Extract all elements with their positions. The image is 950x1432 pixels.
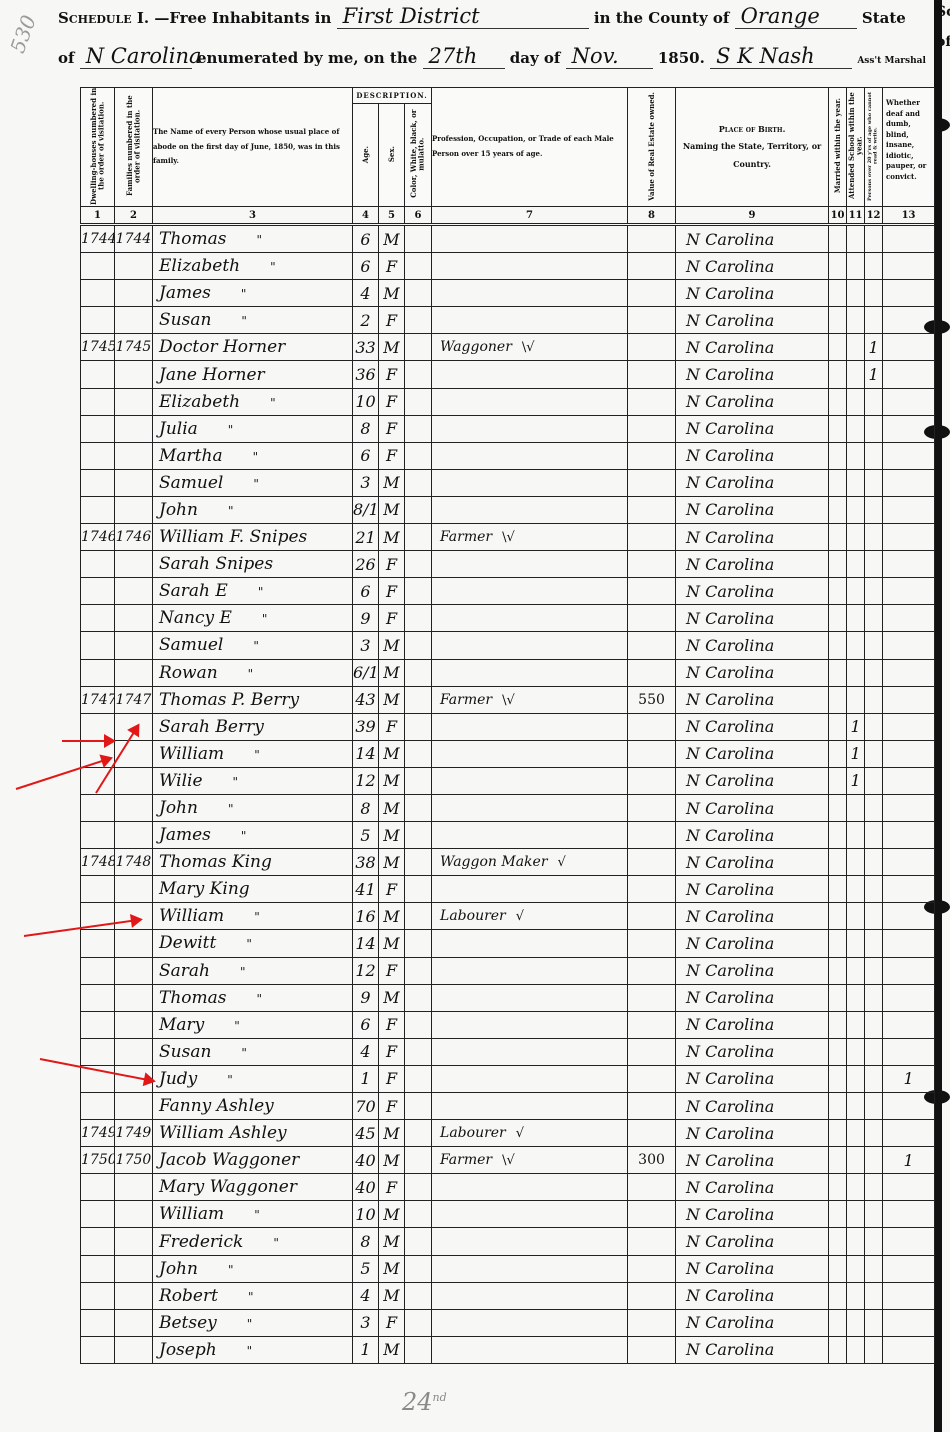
person-age: 16 <box>353 903 379 930</box>
married-mark <box>829 1309 847 1336</box>
school-mark <box>847 822 865 849</box>
person-sex: F <box>379 388 405 415</box>
person-sex: M <box>379 632 405 659</box>
day-field: 27th <box>423 44 505 69</box>
person-name: Thomas King <box>153 849 353 876</box>
census-row: 22John"8MN Carolina <box>81 794 935 821</box>
dwelling-value: 1750 <box>81 1152 115 1168</box>
column-number: 5 <box>379 207 405 225</box>
illiterate-mark <box>865 524 883 551</box>
ditto-mark: " <box>257 992 263 1006</box>
disability-mark <box>883 1255 935 1282</box>
married-mark <box>829 415 847 442</box>
column-number: 12 <box>865 207 883 225</box>
family-number <box>115 605 153 632</box>
disability-mark <box>883 632 935 659</box>
school-mark <box>847 551 865 578</box>
name-text: Sarah E <box>159 581 228 601</box>
illiterate-mark <box>865 1011 883 1038</box>
place-of-birth: N Carolina <box>676 740 829 767</box>
column-number: 10 <box>829 207 847 225</box>
person-name: Sarah" <box>153 957 353 984</box>
school-mark <box>847 280 865 307</box>
person-occupation <box>432 794 628 821</box>
person-sex: M <box>379 1147 405 1174</box>
census-row: 17Rowan"6/12MN Carolina <box>81 659 935 686</box>
name-text: Betsey <box>159 1313 217 1333</box>
person-color <box>405 1011 432 1038</box>
census-row: 31Susan"4FN Carolina <box>81 1038 935 1065</box>
illiterate-mark <box>865 1147 883 1174</box>
place-of-birth: N Carolina <box>676 388 829 415</box>
red-arrow-icon <box>62 740 114 742</box>
illiterate-mark <box>865 1309 883 1336</box>
person-occupation <box>432 1065 628 1092</box>
person-color <box>405 1093 432 1120</box>
illiterate-mark <box>865 1093 883 1120</box>
family-number <box>115 388 153 415</box>
place-of-birth: N Carolina <box>676 1228 829 1255</box>
person-color <box>405 496 432 523</box>
person-occupation: Farmer\√ <box>432 686 628 713</box>
ditto-mark: " <box>241 287 247 301</box>
place-of-birth: N Carolina <box>676 551 829 578</box>
married-mark <box>829 659 847 686</box>
real-estate-value <box>628 1120 676 1147</box>
school-mark <box>847 469 865 496</box>
col-header-disability: Whether deaf and dumb, blind, insane, id… <box>883 88 935 207</box>
disability-mark <box>883 469 935 496</box>
married-mark <box>829 280 847 307</box>
name-text: Elizabeth <box>159 392 240 412</box>
person-name: Mary" <box>153 1011 353 1038</box>
ditto-mark: " <box>258 585 264 599</box>
disability-mark <box>883 442 935 469</box>
person-name: Betsey" <box>153 1309 353 1336</box>
school-mark <box>847 1011 865 1038</box>
person-age: 10 <box>353 1201 379 1228</box>
person-name: Elizabeth" <box>153 253 353 280</box>
name-text: Sarah Snipes <box>159 554 273 574</box>
person-color <box>405 551 432 578</box>
family-number: 1746 <box>115 524 153 551</box>
col-header-age: Age. <box>353 104 379 207</box>
illiterate-mark <box>865 496 883 523</box>
married-mark <box>829 767 847 794</box>
disability-mark <box>883 903 935 930</box>
married-mark <box>829 1065 847 1092</box>
family-number: 1745 <box>115 334 153 361</box>
place-of-birth: N Carolina <box>676 1093 829 1120</box>
school-mark <box>847 849 865 876</box>
person-occupation: Labourer√ <box>432 1120 628 1147</box>
family-number: 1749 <box>115 1120 153 1147</box>
real-estate-value <box>628 334 676 361</box>
family-number <box>115 361 153 388</box>
person-occupation <box>432 578 628 605</box>
real-estate-value <box>628 713 676 740</box>
col-header-color: Color, White, black, or mulatto. <box>405 104 432 207</box>
footer-note: 24nd <box>402 1388 447 1416</box>
ditto-mark: " <box>228 1263 234 1277</box>
family-number <box>115 442 153 469</box>
disability-mark <box>883 957 935 984</box>
name-text: Doctor Horner <box>159 337 285 357</box>
illiterate-mark <box>865 442 883 469</box>
name-text: Thomas P. Berry <box>159 690 299 710</box>
person-color <box>405 740 432 767</box>
illiterate-mark: 1 <box>865 361 883 388</box>
person-sex: F <box>379 605 405 632</box>
census-row: 16Samuel"3MN Carolina <box>81 632 935 659</box>
ditto-mark: " <box>240 965 246 979</box>
illiterate-mark <box>865 1038 883 1065</box>
place-of-birth: N Carolina <box>676 1336 829 1363</box>
real-estate-value <box>628 632 676 659</box>
place-of-birth: N Carolina <box>676 1174 829 1201</box>
name-text: John <box>159 500 198 520</box>
person-age: 33 <box>353 334 379 361</box>
person-color <box>405 930 432 957</box>
checkmark-icon: \√ <box>522 340 535 355</box>
family-number <box>115 876 153 903</box>
married-mark <box>829 442 847 469</box>
name-text: Elizabeth <box>159 256 240 276</box>
column-number: 6 <box>405 207 432 225</box>
person-sex: M <box>379 740 405 767</box>
school-mark <box>847 1038 865 1065</box>
ditto-mark: " <box>273 1236 279 1250</box>
person-age: 9 <box>353 605 379 632</box>
census-row: 42Joseph"1MN Carolina <box>81 1336 935 1363</box>
disability-mark <box>883 496 935 523</box>
name-text: Fanny Ashley <box>159 1096 274 1116</box>
illiterate-mark <box>865 551 883 578</box>
ditto-mark: " <box>246 937 252 951</box>
disability-mark: 1 <box>883 1065 935 1092</box>
person-sex: M <box>379 686 405 713</box>
page-binding-edge <box>934 0 942 1432</box>
person-age: 3 <box>353 632 379 659</box>
person-occupation <box>432 1255 628 1282</box>
disability-mark <box>883 740 935 767</box>
real-estate-value <box>628 388 676 415</box>
person-age: 36 <box>353 361 379 388</box>
census-table: Dwelling-houses numbered in the order of… <box>80 87 935 1364</box>
dwelling-number: 11 <box>81 496 115 523</box>
person-color <box>405 1255 432 1282</box>
name-text: Judy <box>159 1069 197 1089</box>
census-page: 530 Schedule I. —Free Inhabitants in Fir… <box>0 0 950 1432</box>
person-sex: F <box>379 957 405 984</box>
name-text: Wilie <box>159 771 203 791</box>
of-label: of <box>58 49 74 67</box>
place-of-birth: N Carolina <box>676 1120 829 1147</box>
dwelling-number: 15 <box>81 605 115 632</box>
place-of-birth: N Carolina <box>676 307 829 334</box>
name-text: Samuel <box>159 473 223 493</box>
person-occupation <box>432 632 628 659</box>
disability-mark <box>883 849 935 876</box>
school-mark <box>847 957 865 984</box>
place-of-birth: N Carolina <box>676 767 829 794</box>
dwelling-number: 22 <box>81 794 115 821</box>
col-header-occupation: Profession, Occupation, or Trade of each… <box>432 88 628 207</box>
disability-mark <box>883 1093 935 1120</box>
disability-mark <box>883 1336 935 1363</box>
school-mark: 1 <box>847 713 865 740</box>
census-row: 20William"14MN Carolina1 <box>81 740 935 767</box>
person-name: William Ashley <box>153 1120 353 1147</box>
family-number <box>115 1011 153 1038</box>
dwelling-number: 51745 <box>81 334 115 361</box>
illiterate-mark <box>865 388 883 415</box>
place-of-birth: N Carolina <box>676 442 829 469</box>
married-mark <box>829 822 847 849</box>
school-mark <box>847 1093 865 1120</box>
family-number <box>115 632 153 659</box>
person-sex: F <box>379 1011 405 1038</box>
family-number <box>115 280 153 307</box>
person-sex: F <box>379 578 405 605</box>
col-header-sex: Sex. <box>379 104 405 207</box>
illiterate-mark <box>865 876 883 903</box>
person-sex: M <box>379 794 405 821</box>
name-text: Mary King <box>159 879 250 899</box>
married-mark <box>829 632 847 659</box>
column-number-row: 12345678910111213 <box>81 207 935 225</box>
census-row: 28Sarah"12FN Carolina <box>81 957 935 984</box>
ditto-mark: " <box>254 748 260 762</box>
real-estate-value <box>628 930 676 957</box>
ditto-mark: " <box>270 396 276 410</box>
ditto-mark: " <box>228 423 234 437</box>
place-of-birth: N Carolina <box>676 822 829 849</box>
real-estate-value <box>628 1201 676 1228</box>
person-name: William" <box>153 1201 353 1228</box>
place-of-birth: N Carolina <box>676 984 829 1011</box>
disability-mark <box>883 686 935 713</box>
person-color <box>405 334 432 361</box>
real-estate-value <box>628 876 676 903</box>
place-of-birth: N Carolina <box>676 1011 829 1038</box>
school-mark <box>847 794 865 821</box>
disability-mark <box>883 1120 935 1147</box>
disability-mark <box>883 280 935 307</box>
person-occupation <box>432 361 628 388</box>
school-mark <box>847 686 865 713</box>
census-row: 117441744Thomas"6MN Carolina <box>81 225 935 253</box>
marshal-title: Ass't Marshal <box>857 56 926 66</box>
illiterate-mark <box>865 253 883 280</box>
real-estate-value: 550 <box>628 686 676 713</box>
name-text: Thomas <box>159 229 227 249</box>
school-mark: 1 <box>847 740 865 767</box>
person-name: Thomas" <box>153 984 353 1011</box>
dwelling-number: 42 <box>81 1336 115 1363</box>
disability-mark <box>883 551 935 578</box>
ditto-mark: " <box>227 1073 233 1087</box>
census-row: 4Susan"2FN Carolina <box>81 307 935 334</box>
family-number <box>115 1309 153 1336</box>
adjacent-page-fragment: Sc <box>936 4 950 20</box>
dwelling-number: 31 <box>81 1038 115 1065</box>
census-row: 29Thomas"9MN Carolina <box>81 984 935 1011</box>
dwelling-number: 13 <box>81 551 115 578</box>
married-mark <box>829 1011 847 1038</box>
illiterate-mark <box>865 225 883 253</box>
person-color <box>405 442 432 469</box>
dwelling-number: 36 <box>81 1174 115 1201</box>
person-occupation <box>432 767 628 794</box>
illiterate-mark <box>865 1282 883 1309</box>
real-estate-value <box>628 361 676 388</box>
real-estate-value <box>628 849 676 876</box>
disability-mark <box>883 1201 935 1228</box>
person-sex: M <box>379 822 405 849</box>
person-color <box>405 1174 432 1201</box>
name-text: Thomas King <box>159 852 272 872</box>
margin-page-number: 530 <box>5 12 41 56</box>
illiterate-mark <box>865 578 883 605</box>
person-color <box>405 415 432 442</box>
real-estate-value <box>628 957 676 984</box>
dwelling-value: 1749 <box>81 1125 115 1141</box>
person-sex: M <box>379 1120 405 1147</box>
real-estate-value <box>628 1174 676 1201</box>
name-text: John <box>159 1259 198 1279</box>
family-number <box>115 496 153 523</box>
person-age: 14 <box>353 930 379 957</box>
person-age: 6 <box>353 253 379 280</box>
person-name: Doctor Horner <box>153 334 353 361</box>
person-color <box>405 822 432 849</box>
name-text: Sarah Berry <box>159 717 264 737</box>
person-age: 4 <box>353 280 379 307</box>
person-name: Frederick" <box>153 1228 353 1255</box>
disability-mark <box>883 930 935 957</box>
place-of-birth: N Carolina <box>676 253 829 280</box>
person-sex: F <box>379 307 405 334</box>
real-estate-value <box>628 794 676 821</box>
real-estate-value <box>628 605 676 632</box>
person-color <box>405 957 432 984</box>
name-text: Robert <box>159 1286 218 1306</box>
real-estate-value <box>628 740 676 767</box>
dwelling-number: 351750 <box>81 1147 115 1174</box>
header-line-2: of N Carolina enumerated by me, on the 2… <box>58 44 926 69</box>
school-mark <box>847 307 865 334</box>
person-sex: F <box>379 442 405 469</box>
header-line-1: Schedule I. —Free Inhabitants in First D… <box>58 4 906 29</box>
disability-mark <box>883 876 935 903</box>
col-header-married: Married within the year. <box>829 88 847 207</box>
column-number: 11 <box>847 207 865 225</box>
disability-mark <box>883 225 935 253</box>
disability-mark <box>883 794 935 821</box>
column-number: 8 <box>628 207 676 225</box>
school-mark <box>847 1282 865 1309</box>
name-text: Mary <box>159 1015 204 1035</box>
col-header-dwelling: Dwelling-houses numbered in the order of… <box>81 88 115 207</box>
disability-mark <box>883 1228 935 1255</box>
person-sex: F <box>379 1309 405 1336</box>
county-prefix: in the County of <box>594 9 730 27</box>
place-of-birth: N Carolina <box>676 524 829 551</box>
person-name: Judy" <box>153 1065 353 1092</box>
person-occupation <box>432 253 628 280</box>
schedule-label: Schedule I. <box>58 9 149 27</box>
disability-mark <box>883 1174 935 1201</box>
person-sex: F <box>379 1174 405 1201</box>
married-mark <box>829 307 847 334</box>
person-color <box>405 469 432 496</box>
census-row: 41Betsey"3FN Carolina <box>81 1309 935 1336</box>
person-sex: F <box>379 361 405 388</box>
married-mark <box>829 849 847 876</box>
dwelling-number: 27 <box>81 930 115 957</box>
person-color <box>405 1282 432 1309</box>
census-row: 3417491749William Ashley45MLabourer√N Ca… <box>81 1120 935 1147</box>
real-estate-value <box>628 1093 676 1120</box>
place-of-birth: N Carolina <box>676 903 829 930</box>
dwelling-number: 40 <box>81 1282 115 1309</box>
person-color <box>405 1309 432 1336</box>
person-name: Samuel" <box>153 469 353 496</box>
occupation-text: Farmer <box>440 692 492 708</box>
ditto-mark: " <box>247 1317 253 1331</box>
person-name: Mary King <box>153 876 353 903</box>
ditto-mark: " <box>233 775 239 789</box>
state-field: N Carolina <box>80 44 192 69</box>
person-occupation <box>432 1038 628 1065</box>
married-mark <box>829 1255 847 1282</box>
person-occupation <box>432 984 628 1011</box>
family-number <box>115 930 153 957</box>
person-age: 14 <box>353 740 379 767</box>
ditto-mark: " <box>234 1019 240 1033</box>
family-number <box>115 1201 153 1228</box>
dwelling-number: 7 <box>81 388 115 415</box>
real-estate-value <box>628 1309 676 1336</box>
person-age: 26 <box>353 551 379 578</box>
person-color <box>405 903 432 930</box>
school-mark <box>847 930 865 957</box>
person-color <box>405 632 432 659</box>
name-text: Joseph <box>159 1340 217 1360</box>
person-age: 38 <box>353 849 379 876</box>
person-age: 3 <box>353 469 379 496</box>
person-sex: M <box>379 524 405 551</box>
person-name: Julia" <box>153 415 353 442</box>
name-text: Sarah <box>159 961 210 981</box>
place-of-birth: N Carolina <box>676 1255 829 1282</box>
dwelling-number: 2 <box>81 253 115 280</box>
census-row: 33Fanny Ashley70FN Carolina <box>81 1093 935 1120</box>
name-text: William <box>159 906 224 926</box>
ditto-mark: " <box>228 802 234 816</box>
name-text: Dewitt <box>159 933 216 953</box>
school-mark <box>847 984 865 1011</box>
dwelling-value: 1746 <box>81 529 115 545</box>
person-occupation <box>432 1201 628 1228</box>
illiterate-mark <box>865 984 883 1011</box>
person-occupation <box>432 415 628 442</box>
person-name: Robert" <box>153 1282 353 1309</box>
married-mark <box>829 1093 847 1120</box>
person-sex: M <box>379 984 405 1011</box>
disability-mark <box>883 713 935 740</box>
